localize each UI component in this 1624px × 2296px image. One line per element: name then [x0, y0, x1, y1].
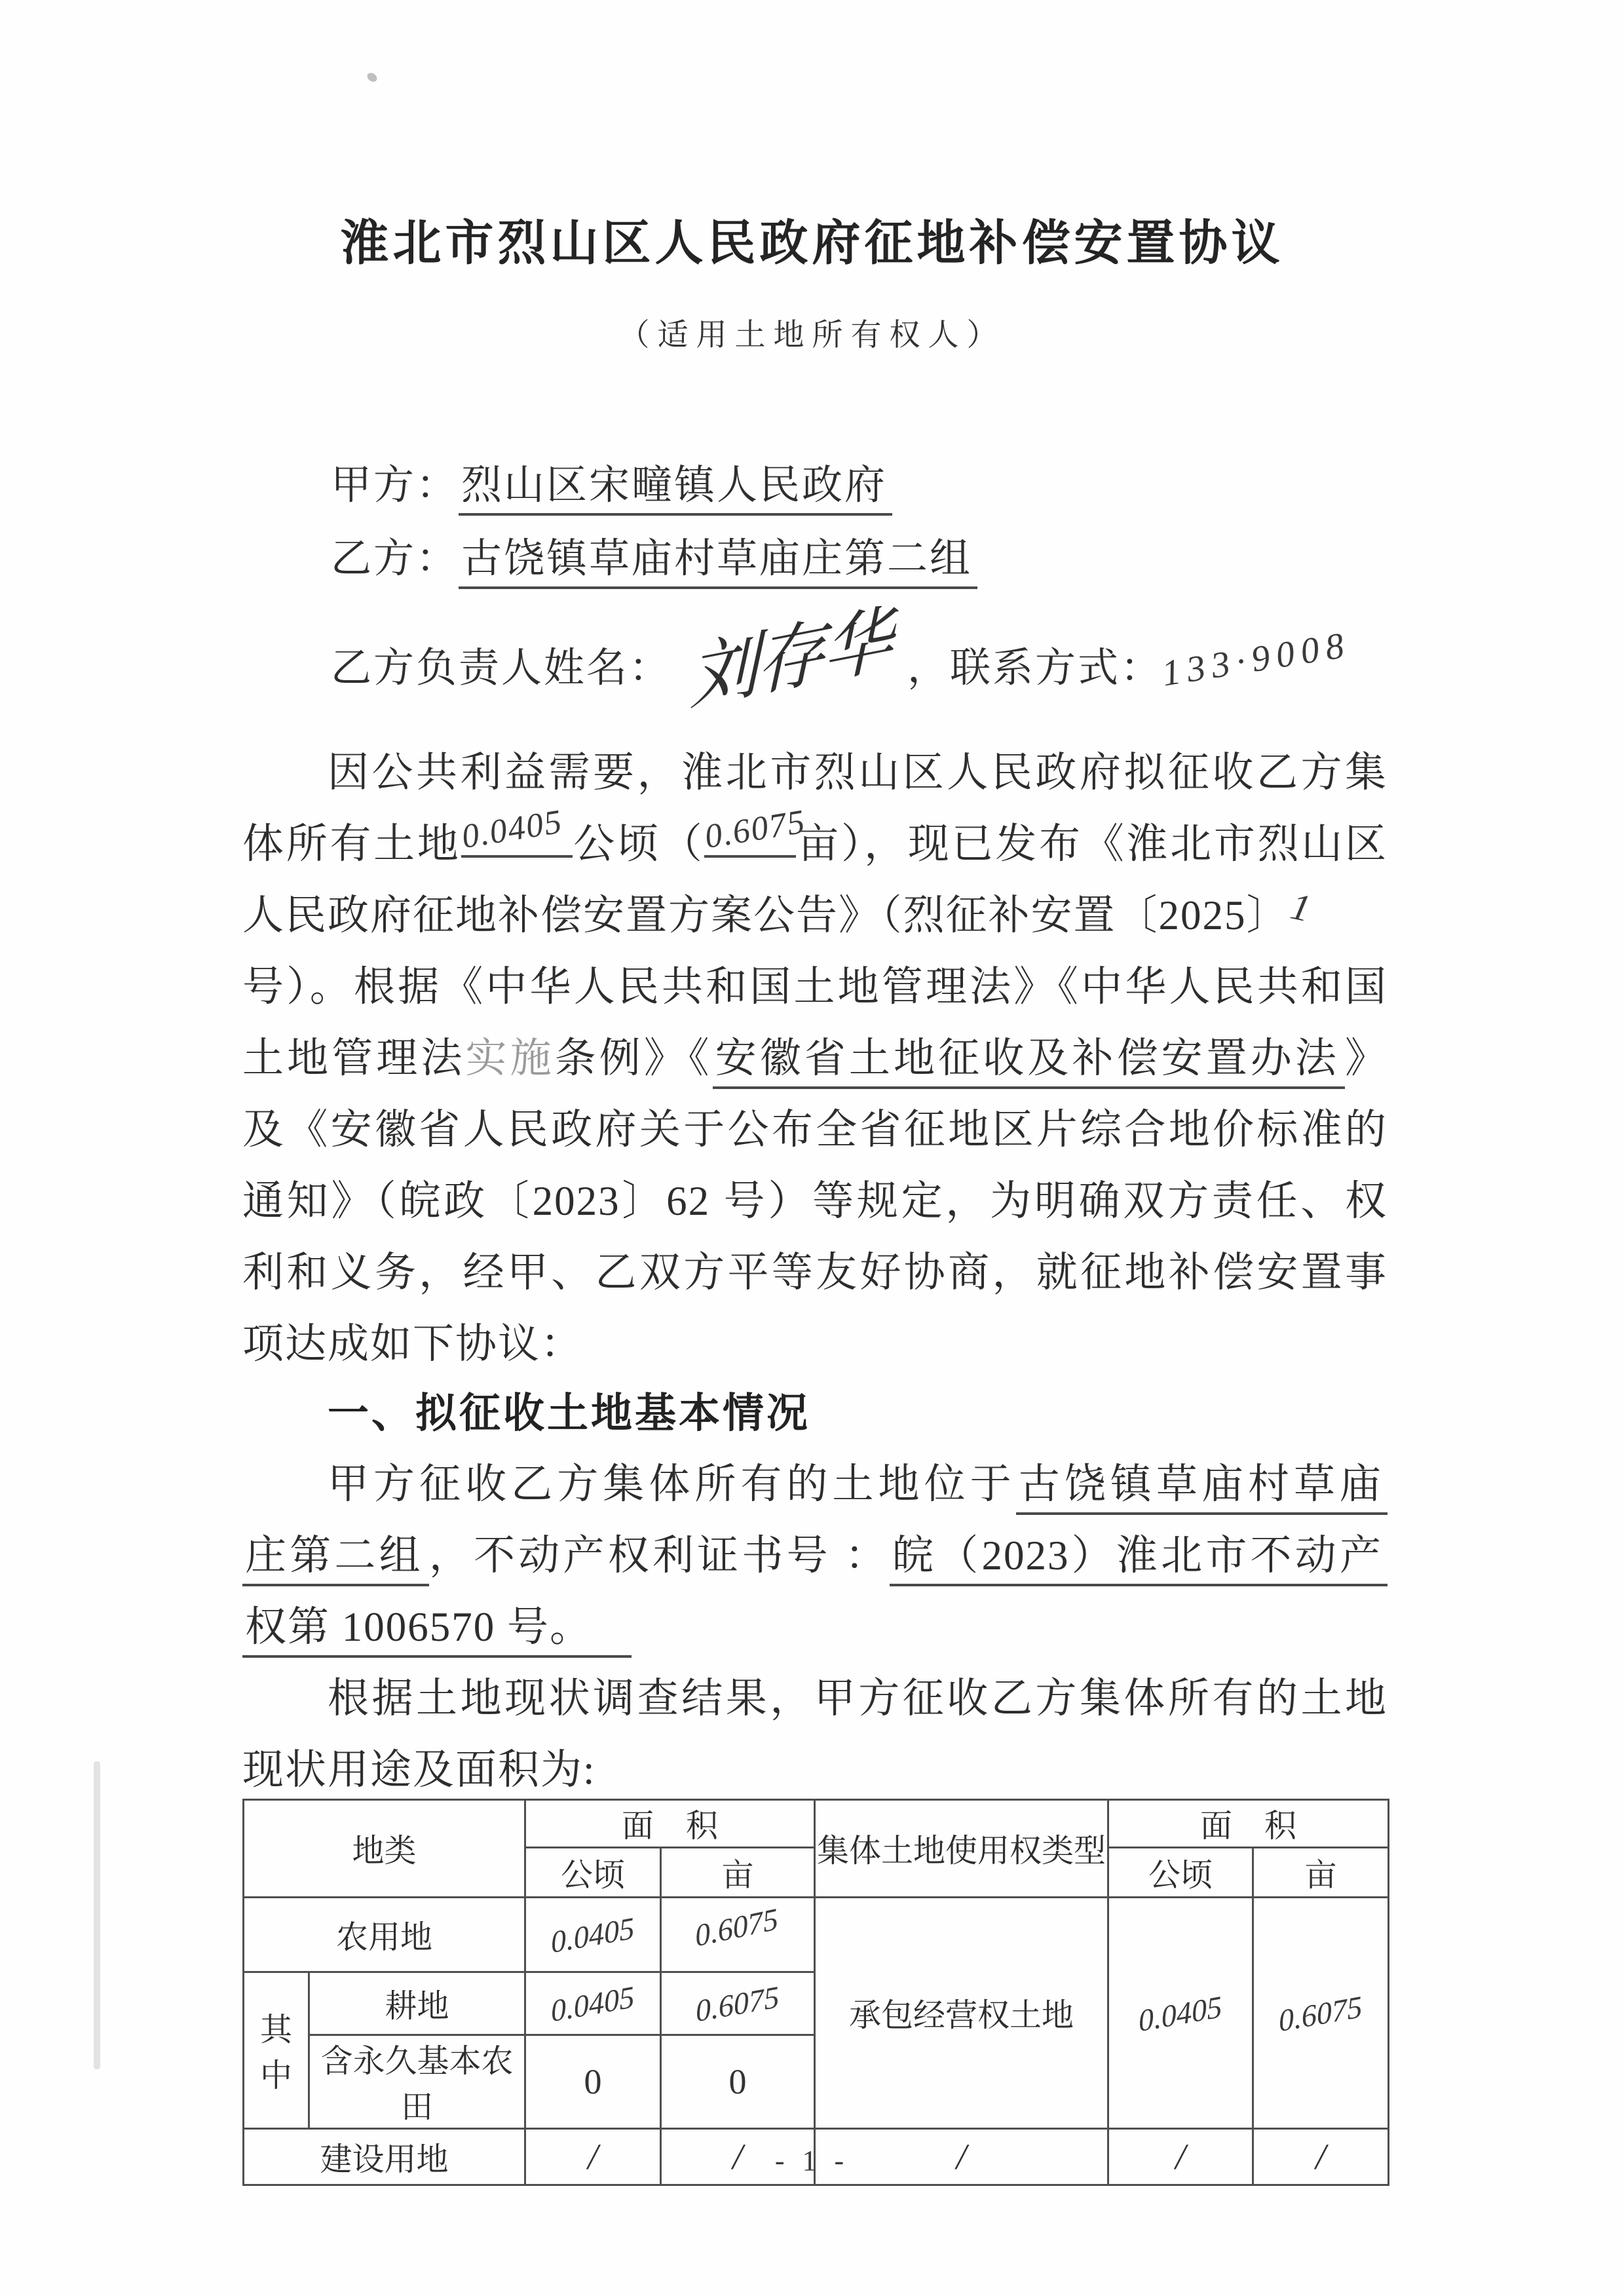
header-hectare-right: 公顷 [1108, 1848, 1253, 1898]
cultivated-hectare-handwriting: 0.0405 [550, 1980, 635, 2030]
para1-line6: 及《安徽省人民政府关于公布全省征地区片综合地价标准的 [242, 1096, 1388, 1156]
certificate-number-underlined-part2: 权第 1006570 号。 [242, 1604, 632, 1658]
survey-result-line2: 现状用途及面积为: [242, 1736, 1388, 1796]
contact-label: ，联系方式： [907, 646, 1163, 691]
representative-signature-handwriting: 刘存华 [673, 579, 906, 727]
party-a-line: 甲方：烈山区宋疃镇人民政府 [331, 452, 892, 510]
header-area-right: 面 积 [1108, 1800, 1389, 1848]
permanent-farmland-hectare-cell: 0 [525, 2035, 661, 2129]
para1-line4: 号）。根据《中华人民共和国土地管理法》《中华人民共和国 [242, 953, 1388, 1013]
header-land-category: 地类 [244, 1800, 525, 1898]
land-use-area-table: 地类 面 积 集体土地使用权类型 面 积 公顷 亩 公顷 亩 农用地 0.040… [242, 1799, 1389, 2186]
permanent-farmland-label: 含永久基本农田 [309, 2035, 525, 2129]
party-b-representative-line: 乙方负责人姓名：刘存华，联系方式：133·9008 [331, 600, 1353, 702]
party-b-label: 乙方： [331, 537, 459, 581]
among-which-label: 其中 [244, 1972, 309, 2129]
regulation-name-underlined: 安徽省土地征收及补偿安置办法 [713, 1035, 1345, 1089]
para1-line8: 利和义务，经甲、乙双方平等友好协商，就征地补偿安置事 [242, 1239, 1388, 1299]
scan-speck-artifact [366, 71, 379, 83]
section1-heading: 一、拟征收土地基本情况 [242, 1380, 1388, 1440]
para1-line2-post: 亩），现已发布《淮北市烈山区 [796, 821, 1388, 867]
header-collective-land-right-type: 集体土地使用权类型 [815, 1800, 1108, 1898]
mu-handwritten-value: 0.6075 [702, 802, 808, 856]
location-pre-text: 甲方征收乙方集体所有的土地位于 [328, 1461, 1016, 1507]
para1-line1: 因公共利益需要，淮北市烈山区人民政府拟征收乙方集 [242, 739, 1388, 799]
location-underlined-part2: 庄第二组 [242, 1533, 429, 1586]
header-mu-left: 亩 [661, 1848, 815, 1898]
page-number: - 1 - [0, 2144, 1624, 2177]
party-b-line: 乙方：古饶镇草庙村草庙庄第二组 [331, 526, 977, 584]
cultivated-mu-cell: 0.6075 [661, 1972, 815, 2035]
agricultural-mu-cell: 0.6075 [661, 1898, 815, 1972]
header-area-left: 面 积 [525, 1800, 815, 1848]
cultivated-mu-handwriting: 0.6075 [694, 1980, 780, 2030]
agricultural-land-label: 农用地 [244, 1898, 525, 1972]
location-underlined-part1: 古饶镇草庙村草庙 [1016, 1461, 1388, 1515]
header-mu-right: 亩 [1253, 1848, 1389, 1898]
survey-result-line1: 根据土地现状调查结果，甲方征收乙方集体所有的土地 [242, 1665, 1388, 1725]
para1-line9: 项达成如下协议： [242, 1311, 1388, 1370]
permanent-farmland-hectare-value: 0 [584, 2062, 602, 2101]
permanent-farmland-mu-cell: 0 [661, 2035, 815, 2129]
para1-line5-faded-text: 实施 [466, 1035, 555, 1081]
right-hectare-cell: 0.0405 [1108, 1898, 1253, 2129]
document-title: 淮北市烈山区人民政府征地补偿安置协议 [0, 204, 1624, 274]
scanned-document-page: 淮北市烈山区人民政府征地补偿安置协议 （适用土地所有权人） 甲方：烈山区宋疃镇人… [0, 0, 1624, 2296]
para1-line3: 人民政府征地补偿安置方案公告》（烈征补安置〔2025〕1 [242, 882, 1388, 942]
document-subtitle: （适用土地所有权人） [0, 311, 1624, 354]
party-a-value: 烈山区宋疃镇人民政府 [459, 463, 892, 516]
right-mu-cell: 0.6075 [1253, 1898, 1389, 2129]
para1-line5-pre: 土地管理法 [242, 1035, 466, 1081]
party-a-label: 甲方： [331, 463, 459, 508]
contact-phone-handwriting: 133·9008 [1159, 624, 1353, 695]
scan-streak-artifact [94, 1761, 100, 2069]
para1-line7: 通知》（皖政〔2023〕62 号）等规定，为明确双方责任、权 [242, 1168, 1388, 1227]
section1-para-line1: 甲方征收乙方集体所有的土地位于古饶镇草庙村草庙 [242, 1451, 1388, 1510]
para1-line5: 土地管理法实施条例》《安徽省土地征收及补偿安置办法》 [242, 1025, 1388, 1084]
representative-label: 乙方负责人姓名： [331, 646, 671, 691]
cultivated-land-label: 耕地 [309, 1972, 525, 2035]
agricultural-hectare-handwriting: 0.0405 [550, 1911, 635, 1961]
certificate-label-text: ，不动产权利证书号 ： [429, 1533, 890, 1578]
para1-line5-post: 》 [1345, 1035, 1388, 1081]
section1-para-line3: 权第 1006570 号。 [242, 1594, 1388, 1653]
hectare-handwritten-value: 0.0405 [459, 802, 565, 856]
mu-blank-field: 0.6075 [704, 816, 796, 858]
para1-line2: 体所有土地0.0405公顷（0.6075亩），现已发布《淮北市烈山区 [242, 811, 1388, 870]
document-number-handwriting: 1 [1287, 884, 1315, 931]
right-type-value-cell: 承包经营权土地 [815, 1898, 1108, 2129]
agricultural-mu-handwriting: 0.6075 [694, 1902, 780, 1955]
table-row-agricultural-land: 农用地 0.0405 0.6075 承包经营权土地 0.0405 0.6075 [244, 1898, 1389, 1972]
header-hectare-left: 公顷 [525, 1848, 661, 1898]
right-mu-handwriting: 0.6075 [1277, 1989, 1363, 2039]
agricultural-hectare-cell: 0.0405 [525, 1898, 661, 1972]
permanent-farmland-mu-value: 0 [729, 2062, 747, 2101]
cultivated-hectare-cell: 0.0405 [525, 1972, 661, 2035]
para1-line2-pre: 体所有土地 [242, 821, 461, 867]
para1-line3-text: 人民政府征地补偿安置方案公告》（烈征补安置〔2025〕 [242, 892, 1289, 938]
para1-line5-mid: 条例》《 [555, 1035, 713, 1081]
para1-line2-mid: 公顷（ [573, 821, 705, 867]
certificate-number-underlined-part1: 皖（2023）淮北市不动产 [890, 1533, 1388, 1586]
hectare-blank-field: 0.0405 [461, 816, 573, 858]
right-hectare-handwriting: 0.0405 [1137, 1989, 1223, 2039]
section1-para-line2: 庄第二组，不动产权利证书号 ：皖（2023）淮北市不动产 [242, 1522, 1388, 1582]
table-header-row-1: 地类 面 积 集体土地使用权类型 面 积 [244, 1800, 1389, 1848]
